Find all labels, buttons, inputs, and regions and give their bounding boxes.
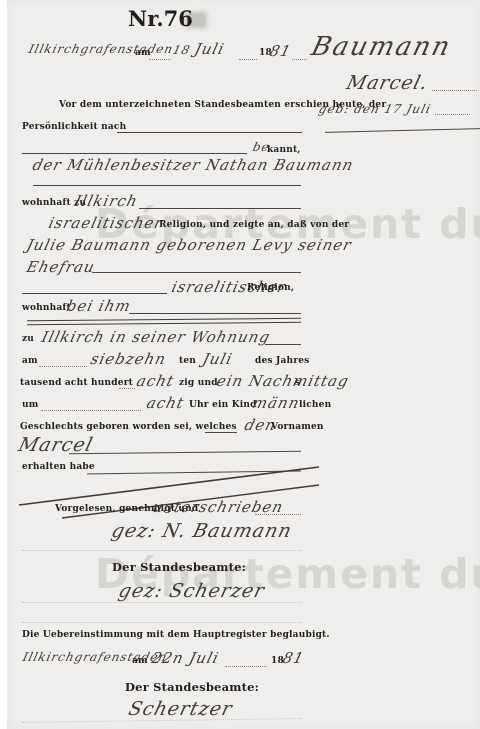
fill-line: [39, 366, 87, 367]
margin-givenname: Marcel.: [344, 72, 430, 94]
zu-label: zu: [22, 334, 34, 344]
zig-und-printed: zig und: [179, 378, 218, 388]
margin-surname: Baumann: [308, 32, 454, 62]
fill-line: [41, 410, 141, 411]
registrar-signature: gez: Scherzer: [116, 580, 267, 602]
bekannt-printed: kannt,: [267, 145, 301, 155]
um-label: um: [22, 400, 38, 410]
birth-place: Illkirch in seiner Wohnung: [40, 328, 273, 346]
declarant-name: der Mühlenbesitzer Nathan Baumann: [31, 156, 356, 174]
certification-year-handwritten: 81: [281, 649, 307, 667]
record-number: Nr.76: [128, 6, 193, 31]
uhr-kind-printed: Uhr ein Kind: [189, 400, 257, 410]
fill-line: [239, 59, 257, 60]
religion-mother-printed: Religion,: [247, 283, 294, 293]
fill-line: [432, 90, 477, 91]
fill-line: [69, 451, 301, 454]
certification-am-label: am: [132, 656, 148, 666]
birth-day: siebzehn: [89, 350, 169, 368]
year-handwritten: 81: [268, 42, 294, 60]
daytime-s-printed: s: [295, 378, 300, 388]
fill-line: [205, 432, 237, 433]
geschlecht-printed: Geschlechts geboren worden sei, welches: [20, 422, 237, 432]
certification-registrar-title: Der Standesbeamte:: [125, 680, 259, 694]
fill-line: [117, 132, 302, 133]
registrar-title: Der Standesbeamte:: [112, 560, 246, 574]
scanned-document-page: Département du Bas Département du Bas Nr…: [7, 0, 480, 729]
registration-month: Juli: [193, 40, 227, 58]
child-given-name: Marcel: [16, 434, 95, 456]
certification-statement: Die Uebereinstimmung mit dem Hauptregist…: [22, 630, 330, 640]
des-jahres-label: des Jahres: [255, 356, 309, 366]
gender-handwritten: männ: [251, 394, 302, 412]
am-label: am: [135, 48, 151, 58]
registration-place: Illkirchgrafenstaden: [27, 42, 175, 56]
lichen-printed: lichen: [299, 400, 331, 410]
guide-line: [22, 550, 302, 551]
ten-suffix: ten: [179, 356, 196, 366]
fill-line: [435, 114, 470, 115]
fill-line: [139, 208, 301, 209]
year-word-handwritten: acht: [135, 372, 177, 390]
guide-line: [22, 622, 302, 623]
fill-line: [33, 185, 301, 186]
section-divider: [27, 318, 301, 325]
certification-signature: Schertzer: [126, 698, 235, 720]
mother-relation: Ehefrau: [25, 258, 97, 276]
mother-name: Julie Baumann geborenen Levy seiner: [25, 236, 354, 254]
fill-line: [225, 666, 267, 667]
year-words-printed: tausend acht hundert: [20, 378, 133, 388]
fill-line: [22, 293, 167, 294]
vornamen-printed: Vornamen: [271, 422, 324, 432]
birth-month: Juli: [201, 350, 235, 368]
wohnhaft-label: wohnhaft: [22, 303, 71, 313]
declarant-signature: gez: N. Baumann: [109, 520, 294, 542]
registration-day: 18: [171, 43, 192, 57]
certification-date: 22n Juli: [150, 649, 221, 667]
fill-line: [265, 344, 301, 345]
residence-value: Illkirch: [73, 192, 140, 210]
fill-line: [292, 59, 307, 60]
intro-line-2: Persönlichkeit nach: [22, 122, 126, 132]
fill-line: [92, 272, 301, 273]
religion-declarant: israelitischer: [47, 214, 165, 232]
daytime-handwritten: ein Nachmittag: [215, 372, 351, 390]
intro-line-1: Vor dem unterzeichneten Standesbeamten e…: [59, 100, 386, 110]
unterschrieben-handwritten: unterschrieben: [151, 498, 286, 516]
birth-am-label: am: [22, 356, 38, 366]
fill-line: [149, 59, 171, 60]
fill-line: [22, 153, 247, 154]
margin-rule: [325, 128, 480, 133]
birth-hour: acht: [145, 394, 187, 412]
mother-residence: bei ihm: [65, 297, 133, 315]
fill-line: [129, 313, 301, 314]
fill-line: [119, 388, 135, 389]
religion-printed: Religion, und zeigte an, daß von der: [159, 220, 349, 230]
guide-line: [22, 602, 302, 603]
